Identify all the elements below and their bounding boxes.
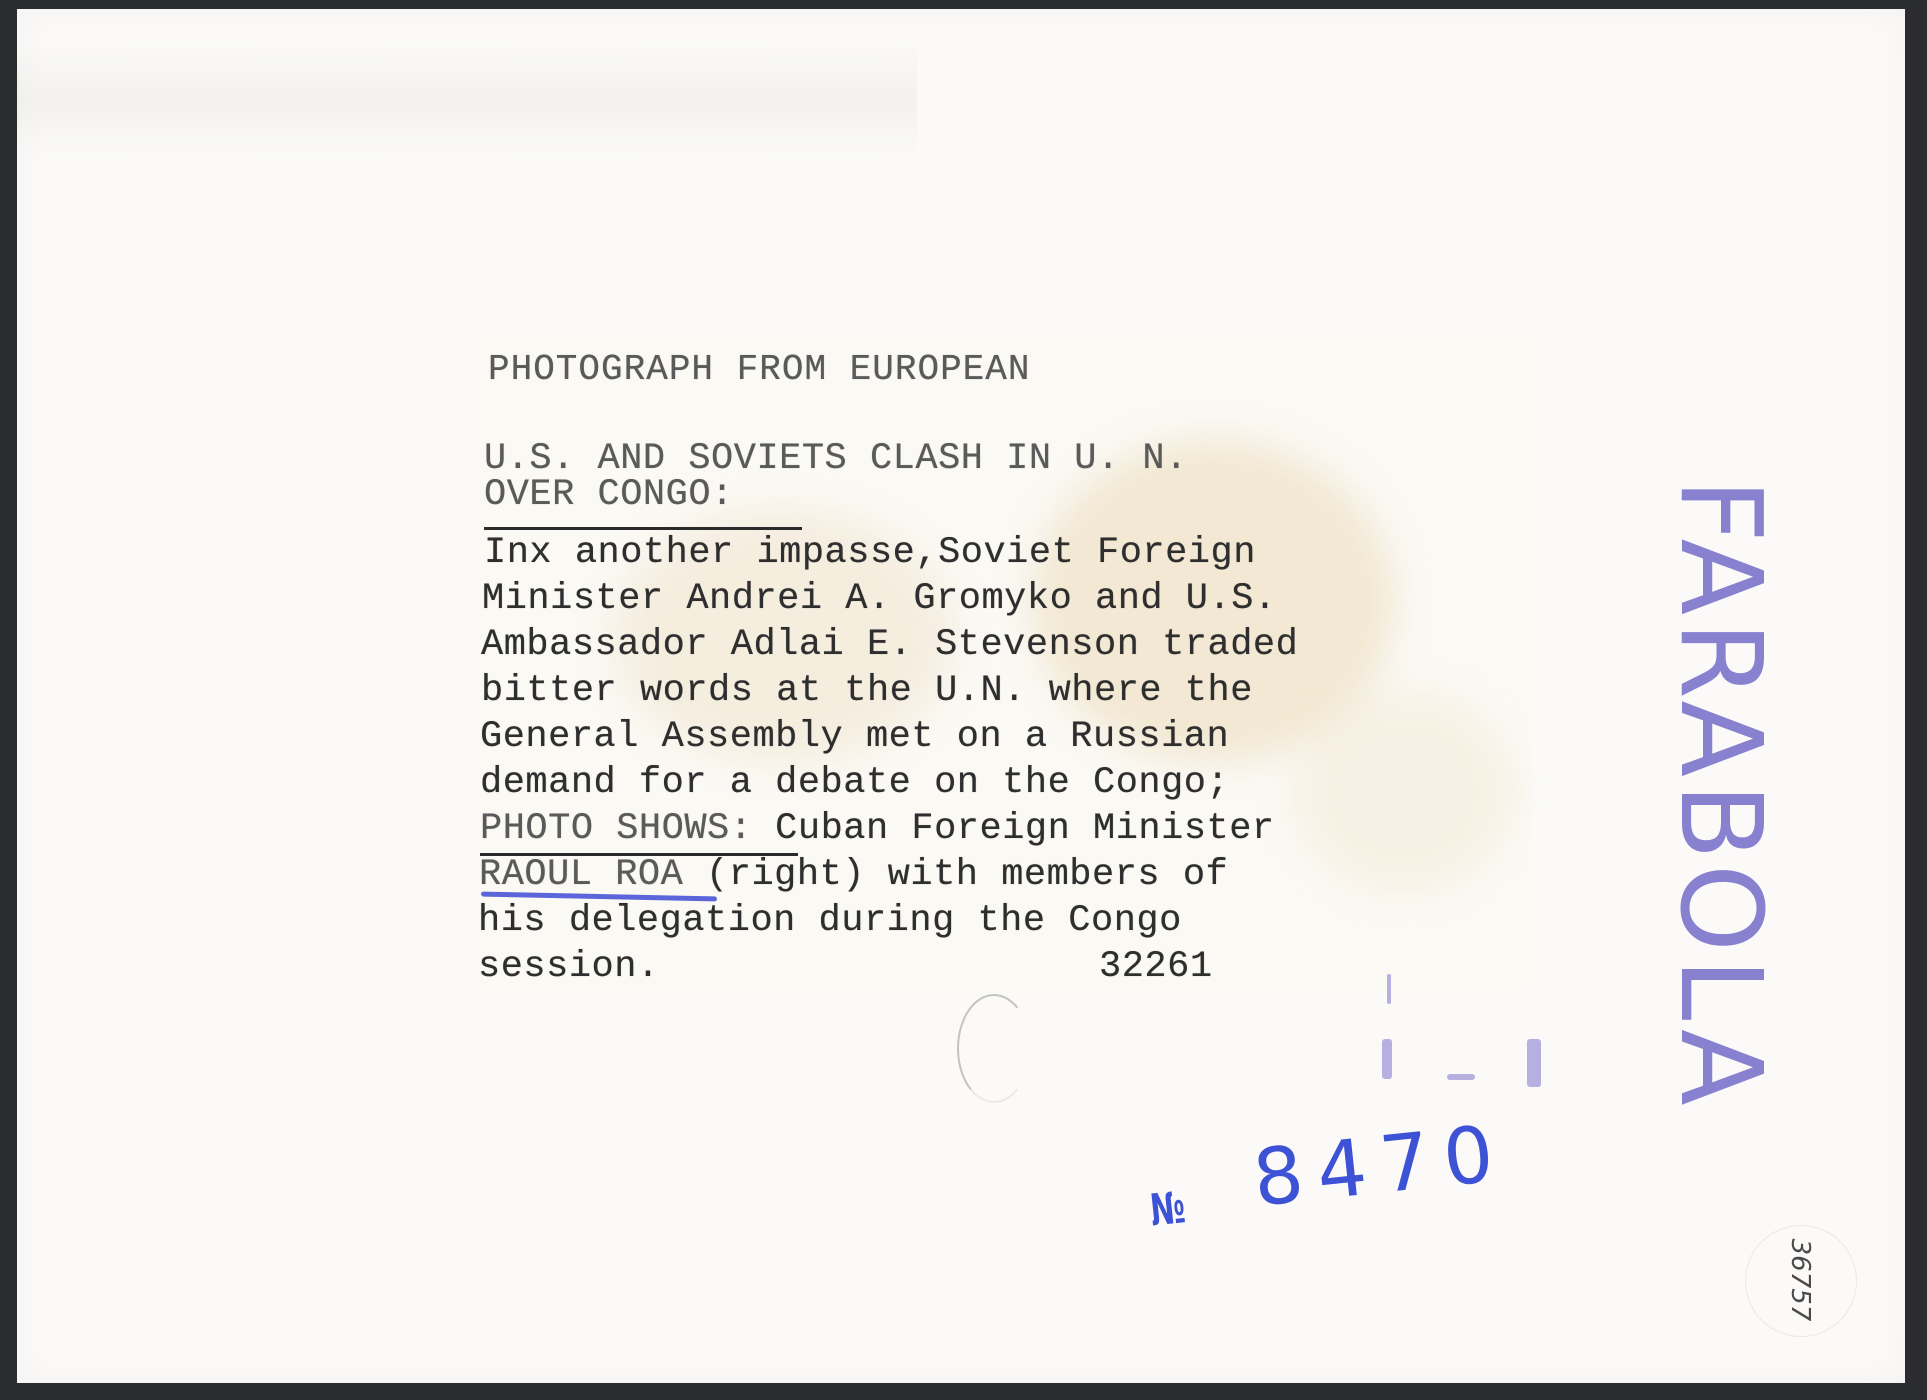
archive-number: 36757 bbox=[1785, 1239, 1815, 1322]
closing-line-1: his delegation during the Congo bbox=[478, 903, 1182, 940]
body-line-4: bitter words at the U.N. where the bbox=[481, 673, 1253, 710]
body-line-6: demand for a debate on the Congo; bbox=[480, 765, 1229, 802]
subject-name: RAOUL ROA bbox=[479, 854, 683, 896]
pencil-mark bbox=[957, 994, 1031, 1103]
numero-sign: № bbox=[1148, 1182, 1188, 1236]
closing-line-2: session. bbox=[478, 949, 660, 986]
agency-line: PHOTOGRAPH FROM EUROPEAN bbox=[488, 352, 1030, 388]
headline-line-1: U.S. AND SOVIETS CLASH IN U. N. bbox=[484, 441, 1188, 478]
farabola-stamp: FARABOLA bbox=[1620, 490, 1820, 1100]
body-line-3: Ambassador Adlai E. Stevenson traded bbox=[481, 627, 1298, 664]
faint-stamp-remnant bbox=[1377, 969, 1577, 1099]
photo-shows-label: PHOTO SHOWS: bbox=[480, 808, 752, 850]
body-line-1: Inx another impasse,Soviet Foreign bbox=[484, 535, 1256, 572]
subject-line: RAOUL ROA (right) with members of bbox=[479, 857, 1228, 894]
body-line-2: Minister Andrei A. Gromyko and U.S. bbox=[482, 581, 1277, 618]
body-line-5: General Assembly met on a Russian bbox=[480, 719, 1229, 756]
paper-stain bbox=[1293, 691, 1513, 891]
number-stamp-value: 8470 bbox=[1249, 1108, 1512, 1224]
photo-shows-text: Cuban Foreign Minister bbox=[752, 808, 1274, 850]
number-stamp: № 8470 bbox=[1142, 1091, 1495, 1266]
headline-line-2: OVER CONGO: bbox=[484, 477, 734, 514]
subject-rest: (right) with members of bbox=[683, 854, 1228, 896]
reference-number: 32261 bbox=[1099, 949, 1213, 986]
headline-underline bbox=[484, 527, 802, 530]
photo-shows-line: PHOTO SHOWS: Cuban Foreign Minister bbox=[480, 811, 1275, 848]
photo-reverse-paper: PHOTOGRAPH FROM EUROPEAN U.S. AND SOVIET… bbox=[17, 9, 1905, 1383]
farabola-stamp-text: FARABOLA bbox=[1655, 478, 1785, 1111]
